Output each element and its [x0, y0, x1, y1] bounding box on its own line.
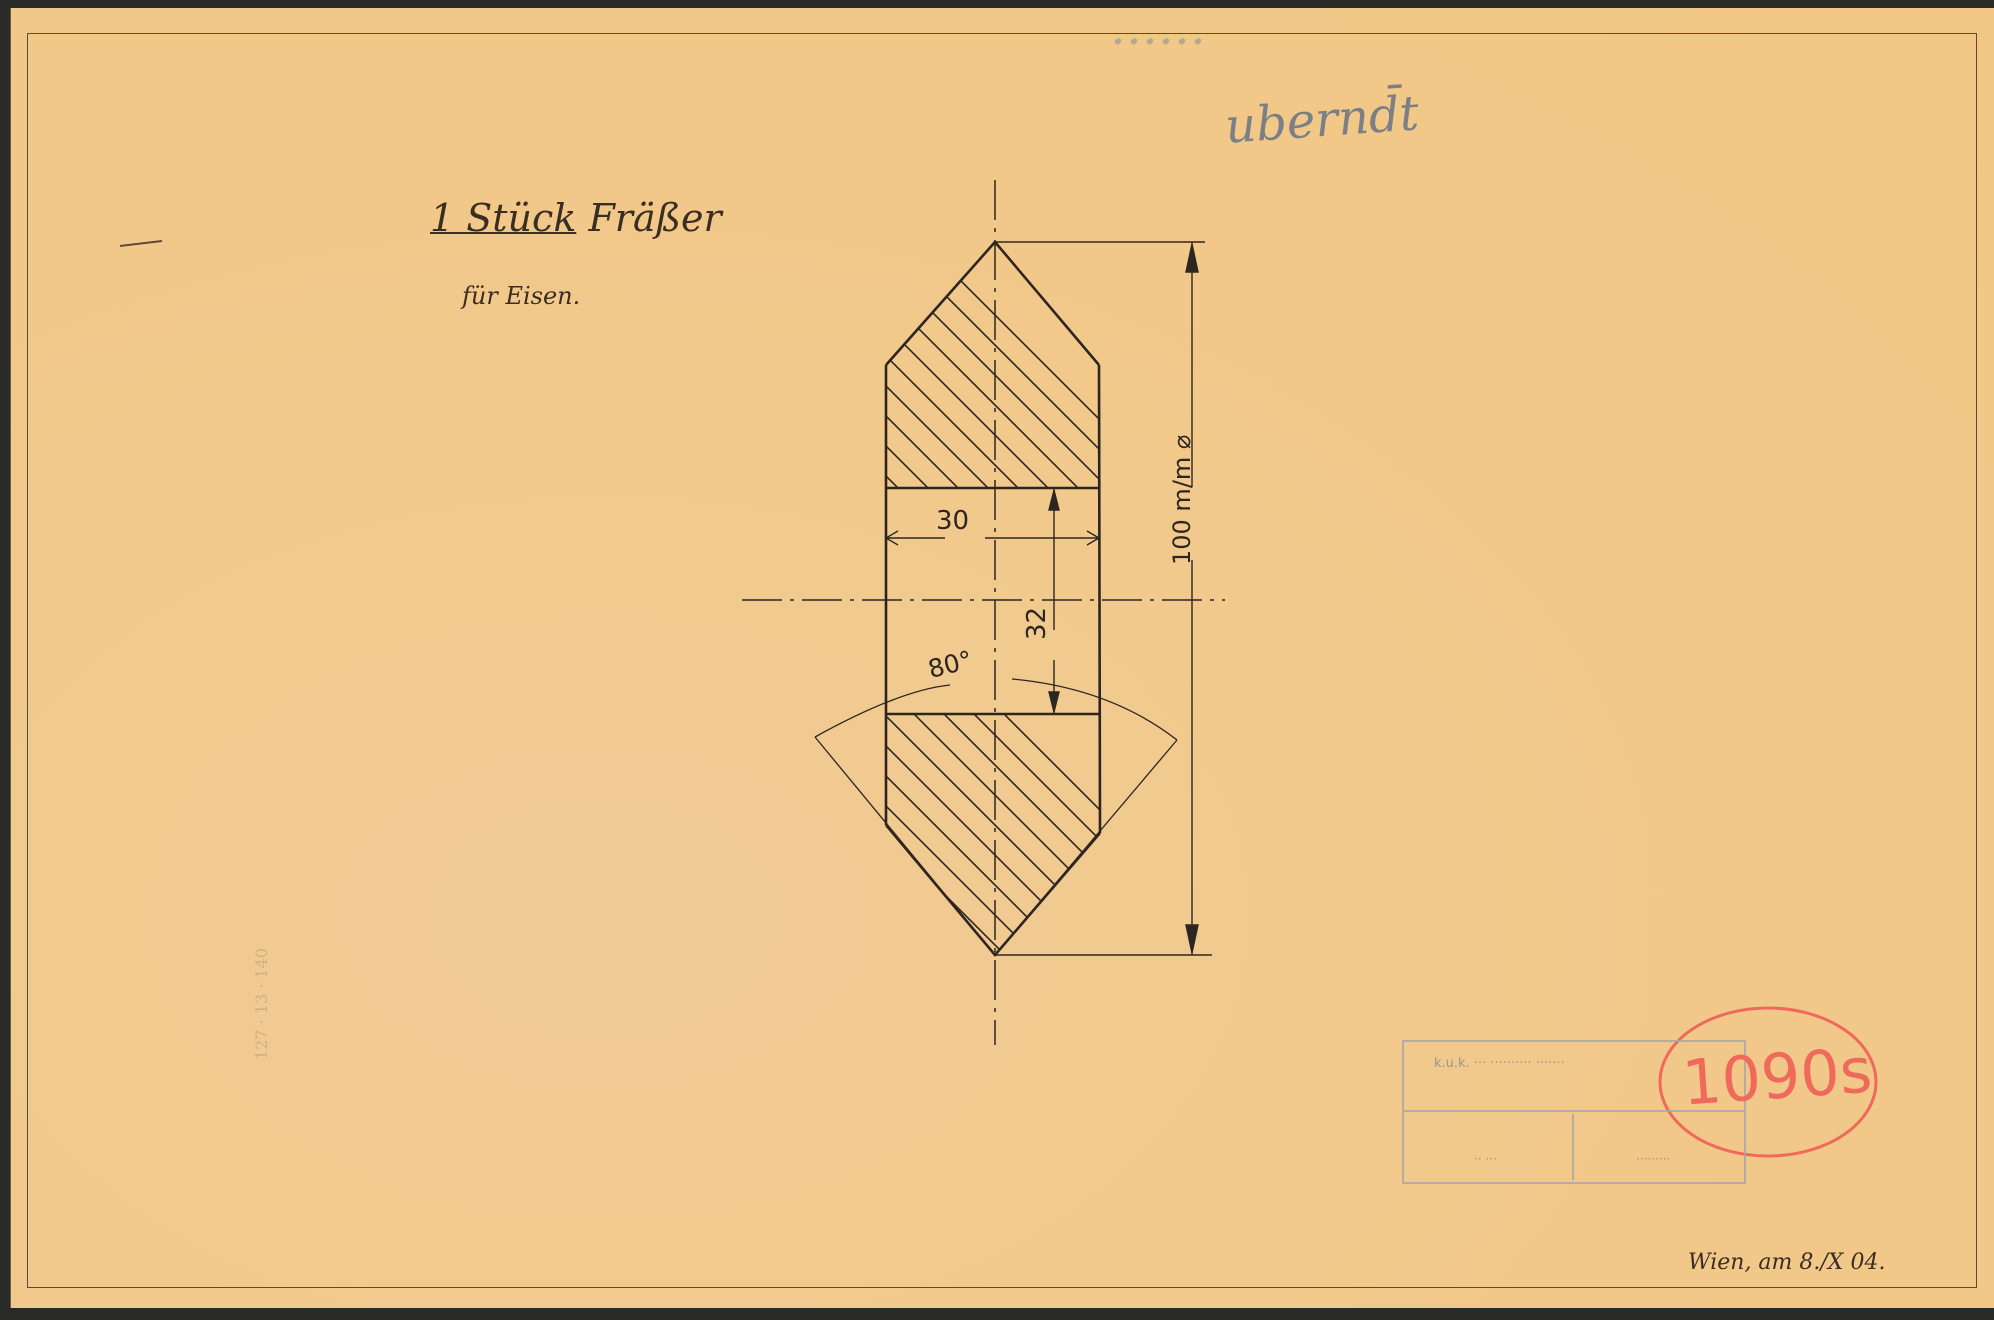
drawing-title: 1 Stück Fräßer: [430, 196, 722, 240]
diameter-dimension-label: 100 m/m ⌀: [1168, 435, 1196, 565]
drawing-subtitle: für Eisen.: [462, 282, 580, 310]
hatch-bottom: [550, 560, 1300, 1010]
stamp-cell-right: ·········: [1576, 1114, 1744, 1180]
stamp-cell-left: ·· ···: [1404, 1114, 1574, 1180]
pencil-annotation-top: ……: [1110, 0, 1206, 56]
title-quantity: 1 Stück: [430, 196, 576, 240]
title-part: Fräßer: [588, 196, 721, 240]
date-line: Wien, am 8./X 04.: [1688, 1250, 1885, 1275]
bore-dimension-label: 32: [1022, 607, 1052, 640]
outline: [886, 242, 1100, 955]
archive-number: 1090s: [1680, 1033, 1875, 1119]
margin-pencil-note: 127 · 13 · 140: [252, 948, 271, 1060]
width-dimension-label: 30: [936, 506, 969, 536]
centerlines: [742, 180, 1225, 1045]
